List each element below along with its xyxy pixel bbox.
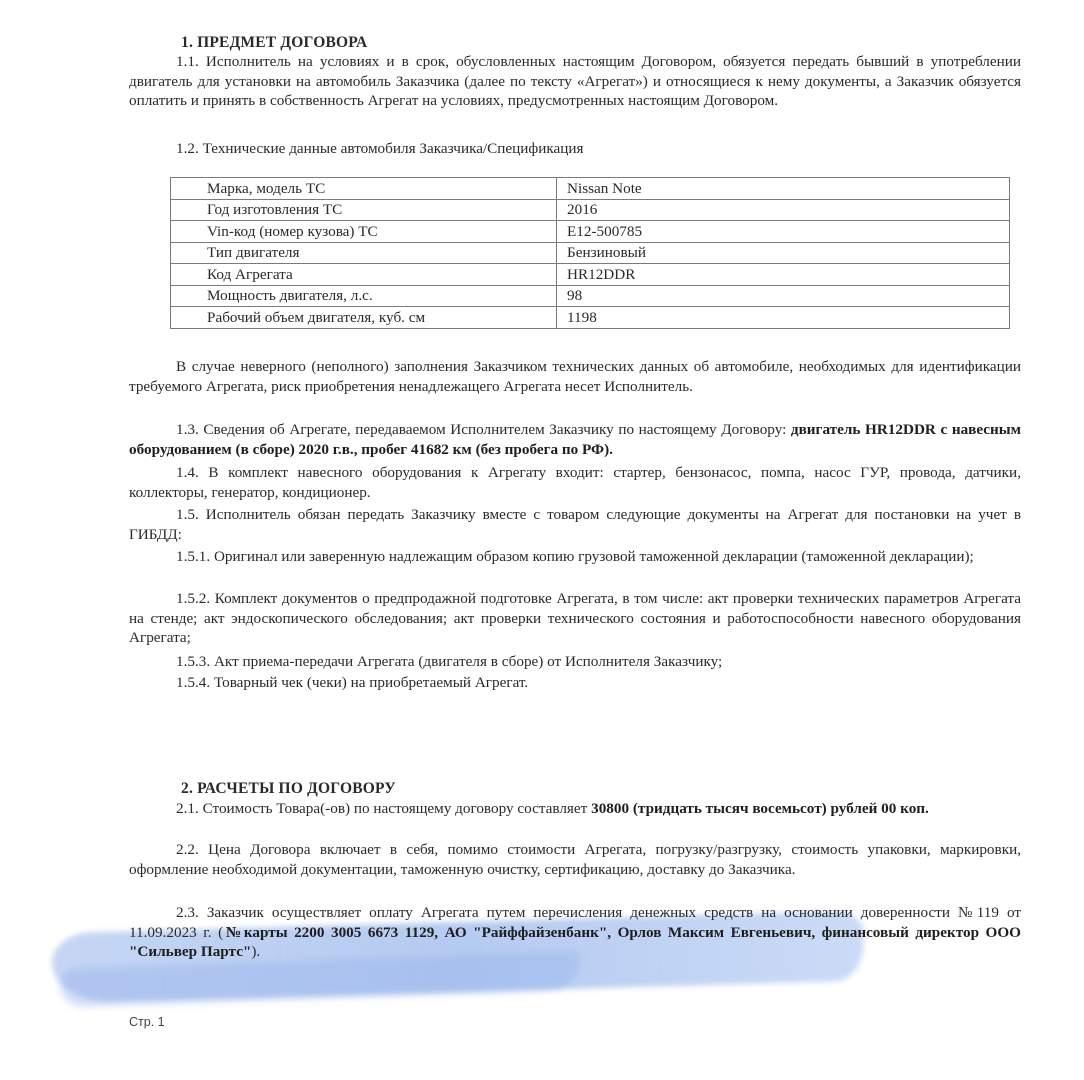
clause-2-2: 2.2. Цена Договора включает в себя, поми… — [129, 840, 1021, 879]
spec-value: 98 — [557, 285, 1010, 307]
clause-2-3-end: ). — [251, 943, 260, 960]
price-amount: 30800 (тридцать тысяч восемьсот) рублей … — [591, 800, 929, 817]
clause-1-3-text: 1.3. Сведения об Агрегате, передаваемом … — [176, 421, 791, 438]
table-row: Марка, модель ТСNissan Note — [171, 178, 1010, 200]
spec-value: E12-500785 — [557, 221, 1010, 243]
page-number: Стр. 1 — [129, 1015, 165, 1029]
clause-1-3: 1.3. Сведения об Агрегате, передаваемом … — [129, 420, 1021, 459]
clause-1-5: 1.5. Исполнитель обязан передать Заказчи… — [129, 505, 1021, 544]
payment-card-details: №карты 2200 3005 6673 1129, АО "Райффайз… — [129, 924, 1021, 961]
clause-1-5-1: 1.5.1. Оригинал или заверенную надлежащи… — [129, 547, 1021, 567]
clause-2-1-text: 2.1. Стоимость Товара(-ов) по настоящему… — [176, 800, 591, 817]
section-2-heading: 2. РАСЧЕТЫ ПО ДОГОВОРУ — [129, 779, 1073, 799]
spec-value: 1198 — [557, 307, 1010, 329]
spec-label: Марка, модель ТС — [171, 178, 557, 200]
spec-label: Год изготовления ТС — [171, 199, 557, 221]
vehicle-spec-table: Марка, модель ТСNissan Note Год изготовл… — [170, 177, 1010, 329]
spec-value: HR12DDR — [557, 264, 1010, 286]
spec-value: 2016 — [557, 199, 1010, 221]
table-row: Рабочий объем двигателя, куб. см1198 — [171, 307, 1010, 329]
table-row: Тип двигателяБензиновый — [171, 242, 1010, 264]
clause-1-4: 1.4. В комплект навесного оборудования к… — [129, 463, 1021, 502]
spec-value: Nissan Note — [557, 178, 1010, 200]
clause-1-5-4: 1.5.4. Товарный чек (чеки) на приобретае… — [129, 673, 1021, 693]
table-row: Vin-код (номер кузова) ТСE12-500785 — [171, 221, 1010, 243]
risk-note: В случае неверного (неполного) заполнени… — [129, 357, 1021, 396]
spec-label: Мощность двигателя, л.с. — [171, 285, 557, 307]
clause-1-5-3: 1.5.3. Акт приема-передачи Агрегата (дви… — [129, 652, 1021, 672]
spec-label: Тип двигателя — [171, 242, 557, 264]
clause-2-3: 2.3. Заказчик осуществляет оплату Агрега… — [129, 903, 1021, 962]
table-row: Год изготовления ТС2016 — [171, 199, 1010, 221]
table-row: Код АгрегатаHR12DDR — [171, 264, 1010, 286]
clause-1-5-2: 1.5.2. Комплект документов о предпродажн… — [129, 589, 1021, 648]
section-1-heading: 1. ПРЕДМЕТ ДОГОВОРА — [129, 33, 1073, 53]
table-row: Мощность двигателя, л.с.98 — [171, 285, 1010, 307]
spec-label: Рабочий объем двигателя, куб. см — [171, 307, 557, 329]
spec-label: Vin-код (номер кузова) ТС — [171, 221, 557, 243]
spec-label: Код Агрегата — [171, 264, 557, 286]
clause-2-1: 2.1. Стоимость Товара(-ов) по настоящему… — [129, 799, 1021, 819]
clause-1-2: 1.2. Технические данные автомобиля Заказ… — [129, 139, 1021, 159]
spec-value: Бензиновый — [557, 242, 1010, 264]
clause-1-1: 1.1. Исполнитель на условиях и в срок, о… — [129, 52, 1021, 111]
document-page: 1. ПРЕДМЕТ ДОГОВОРА 1.1. Исполнитель на … — [0, 0, 1084, 1080]
